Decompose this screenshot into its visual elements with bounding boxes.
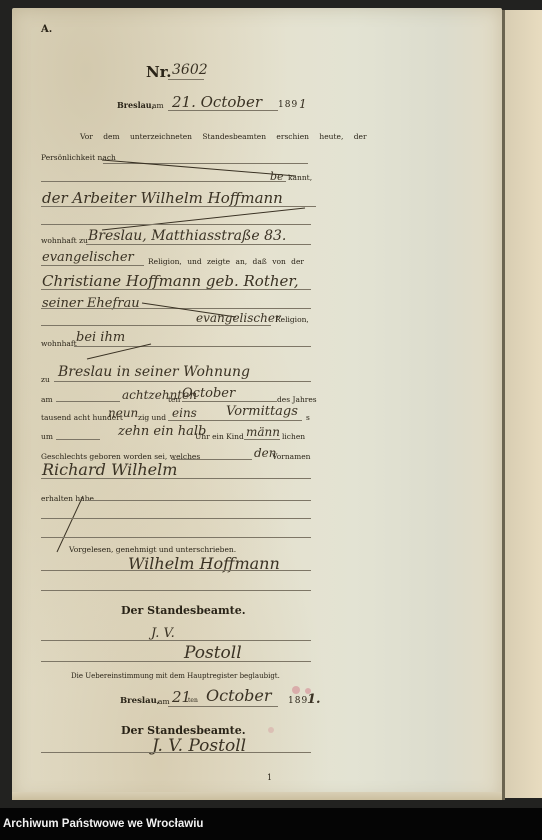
rule [244,439,280,440]
residence-address: Breslau, Matthiasstraße 83. [88,228,286,244]
rule [168,706,278,707]
adjacent-page-edge [505,10,542,798]
rule [182,401,277,402]
archive-name: Archiwum Państwowe we Wrocławiu [3,818,203,830]
rule [41,224,311,225]
ten-suffix: ten [168,395,180,404]
year-suffix: 1 [299,97,307,111]
rule [56,401,120,402]
informant-religion: evangelischer [42,250,134,265]
birth-place: Breslau in seiner Wohnung [58,364,250,380]
lichen-suffix: lichen [282,432,305,441]
rule [41,518,311,519]
red-ink-spot [292,686,300,694]
rule [86,500,311,501]
known-handwritten: be [270,170,284,183]
red-ink-spot [268,727,274,733]
cert-month: October [206,686,272,705]
rule [41,289,311,290]
year-tens: neun [108,406,138,420]
rule [41,590,311,591]
intro-line: Vor dem unterzeichneten Standesbeamten e… [80,132,367,141]
residence-label: wohnhaft zu [41,236,88,245]
page-number: 1 [267,773,272,782]
mother-residence-label: wohnhaft [41,339,77,348]
cert-place: Breslau, [120,696,160,706]
rule [41,478,311,479]
rule [41,752,311,753]
read-approved-text: Vorgelesen, genehmigt und unterschrieben… [69,545,236,554]
rule [41,570,311,571]
cert-ten: ten [188,697,198,704]
at-time-label: um [41,432,53,441]
certification-text: Die Uebereinstimmung mit dem Hauptregist… [71,672,280,680]
rule [54,381,311,382]
rule [168,420,302,421]
am-label: am [152,101,164,110]
rule [168,110,278,111]
rule [41,325,271,326]
religion-label: Religion, [275,315,309,324]
year-units: eins [172,406,197,420]
section-letter: A. [41,24,52,35]
rule [41,640,311,641]
mother-name: Christiane Hoffmann geb. Rother, [42,272,299,290]
known-suffix: kannt, [288,173,312,182]
registrar-signature-2: J. V. Postoll [152,736,246,756]
rule [41,661,311,662]
clock-child-label: Uhr ein Kind [195,432,244,441]
rule [168,79,204,80]
religion-line-text: Religion, und zeigte an, daß von der [148,257,304,266]
rule [172,459,252,460]
rule [86,244,311,245]
registrar-title: Der Standesbeamte. [121,604,246,617]
record-number-value: 3602 [172,62,208,78]
registrar-initials: J. V. [151,626,175,641]
archive-footer: Archiwum Państwowe we Wrocławiu [0,808,542,840]
of-year-label: des Jahres [277,395,317,404]
strike-line [85,342,155,362]
birth-time: zehn ein halb [118,424,206,439]
time-of-day: Vormittags [226,404,298,419]
rule [41,181,286,182]
first-names-label: Vornamen [272,452,311,461]
place-label: Breslau, [117,100,154,110]
suffix-s: s [306,413,310,422]
birth-month: October [182,386,235,401]
child-sex: männ [246,425,280,439]
at-label: zu [41,375,50,384]
rule [41,265,144,266]
cert-year-suffix: 1. [307,692,321,707]
registrar-signature: Postoll [184,643,242,663]
child-first-names: Richard Wilhelm [42,460,177,479]
date-handwritten: 21. October [172,93,262,111]
zig-und-label: zig und [138,413,166,422]
year-prefix: 189 [278,100,298,110]
mother-religion: evangelischer [196,311,281,325]
on-label: am [41,395,53,404]
cert-year-prefix: 189 [288,696,308,706]
rule [56,439,100,440]
rule [41,537,311,538]
cert-am: am [158,697,170,706]
red-ink-spot [305,688,311,694]
